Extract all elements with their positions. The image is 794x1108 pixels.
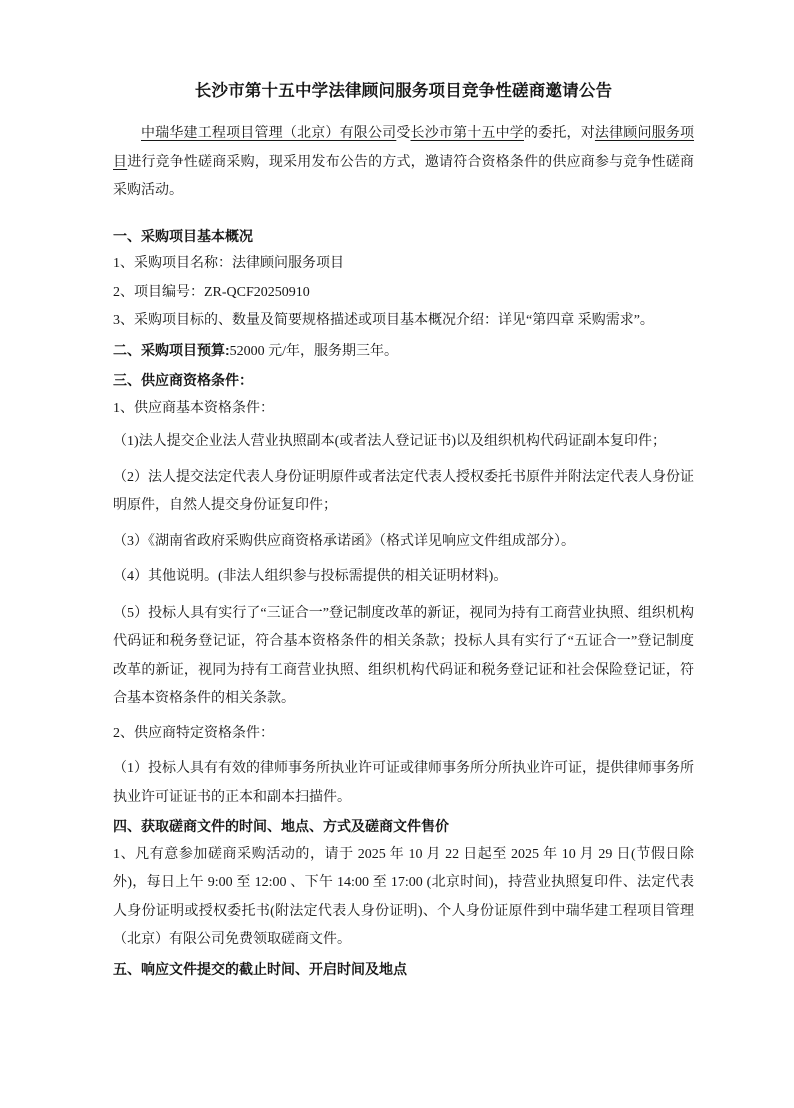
section-1-heading: 一、采购项目基本概况 (113, 222, 694, 251)
section-2-budget-value: 52000 元/年，服务期三年。 (230, 344, 398, 359)
basic-qualification-item-3: （3）《湖南省政府采购供应商资格承诺函》（格式详见响应文件组成部分）。 (113, 528, 694, 557)
intro-paragraph: 中瑞华建工程项目管理（北京）有限公司受长沙市第十五中学的委托，对法律顾问服务项目… (113, 120, 694, 206)
specific-qualification-item-1: （1）投标人具有有效的律师事务所执业许可证或律师事务所分所执业许可证，提供律师事… (113, 755, 694, 812)
intro-connector-2: 的委托，对 (524, 126, 595, 141)
section-3-heading: 三、供应商资格条件： (113, 366, 694, 395)
basic-qualification-item-2: （2）法人提交法定代表人身份证明原件或者法定代表人授权委托书原件并附法定代表人身… (113, 464, 694, 521)
basic-qualification-item-5: （5）投标人具有实行了“三证合一”登记制度改革的新证，视同为持有工商营业执照、组… (113, 600, 694, 714)
section-5-heading: 五、响应文件提交的截止时间、开启时间及地点 (113, 955, 694, 984)
specific-qualification-title: 2、供应商特定资格条件： (113, 720, 694, 749)
basic-qualification-item-1: （1)法人提交企业法人营业执照副本(或者法人登记证书)以及组织机构代码证副本复印… (113, 428, 694, 457)
section-2-heading: 二、采购项目预算: (113, 342, 230, 358)
section-1-item-project-description: 3、采购项目标的、数量及简要规格描述或项目基本概况介绍：详见“第四章 采购需求”… (113, 307, 694, 336)
intro-connector-1: 受 (396, 126, 410, 141)
section-4-item-document-collection: 1、凡有意参加磋商采购活动的，请于 2025 年 10 月 22 日起至 202… (113, 841, 694, 955)
section-1-item-project-number: 2、项目编号：ZR-QCF20250910 (113, 279, 694, 308)
section-2-heading-line: 二、采购项目预算:52000 元/年，服务期三年。 (113, 336, 694, 367)
purchaser-name: 长沙市第十五中学 (411, 126, 524, 141)
basic-qualification-title: 1、供应商基本资格条件： (113, 395, 694, 424)
intro-rest: 进行竞争性磋商采购，现采用发布公告的方式，邀请符合资格条件的供应商参与竞争性磋商… (113, 155, 694, 199)
document-title: 长沙市第十五中学法律顾问服务项目竞争性磋商邀请公告 (113, 78, 694, 104)
section-1-item-project-name: 1、采购项目名称：法律顾问服务项目 (113, 250, 694, 279)
basic-qualification-item-4: （4）其他说明。(非法人组织参与投标需提供的相关证明材料)。 (113, 563, 694, 592)
procurement-agency-name: 中瑞华建工程项目管理（北京）有限公司 (141, 126, 396, 141)
document-page: 长沙市第十五中学法律顾问服务项目竞争性磋商邀请公告 中瑞华建工程项目管理（北京）… (0, 0, 794, 1108)
section-4-heading: 四、获取磋商文件的时间、地点、方式及磋商文件售价 (113, 812, 694, 841)
